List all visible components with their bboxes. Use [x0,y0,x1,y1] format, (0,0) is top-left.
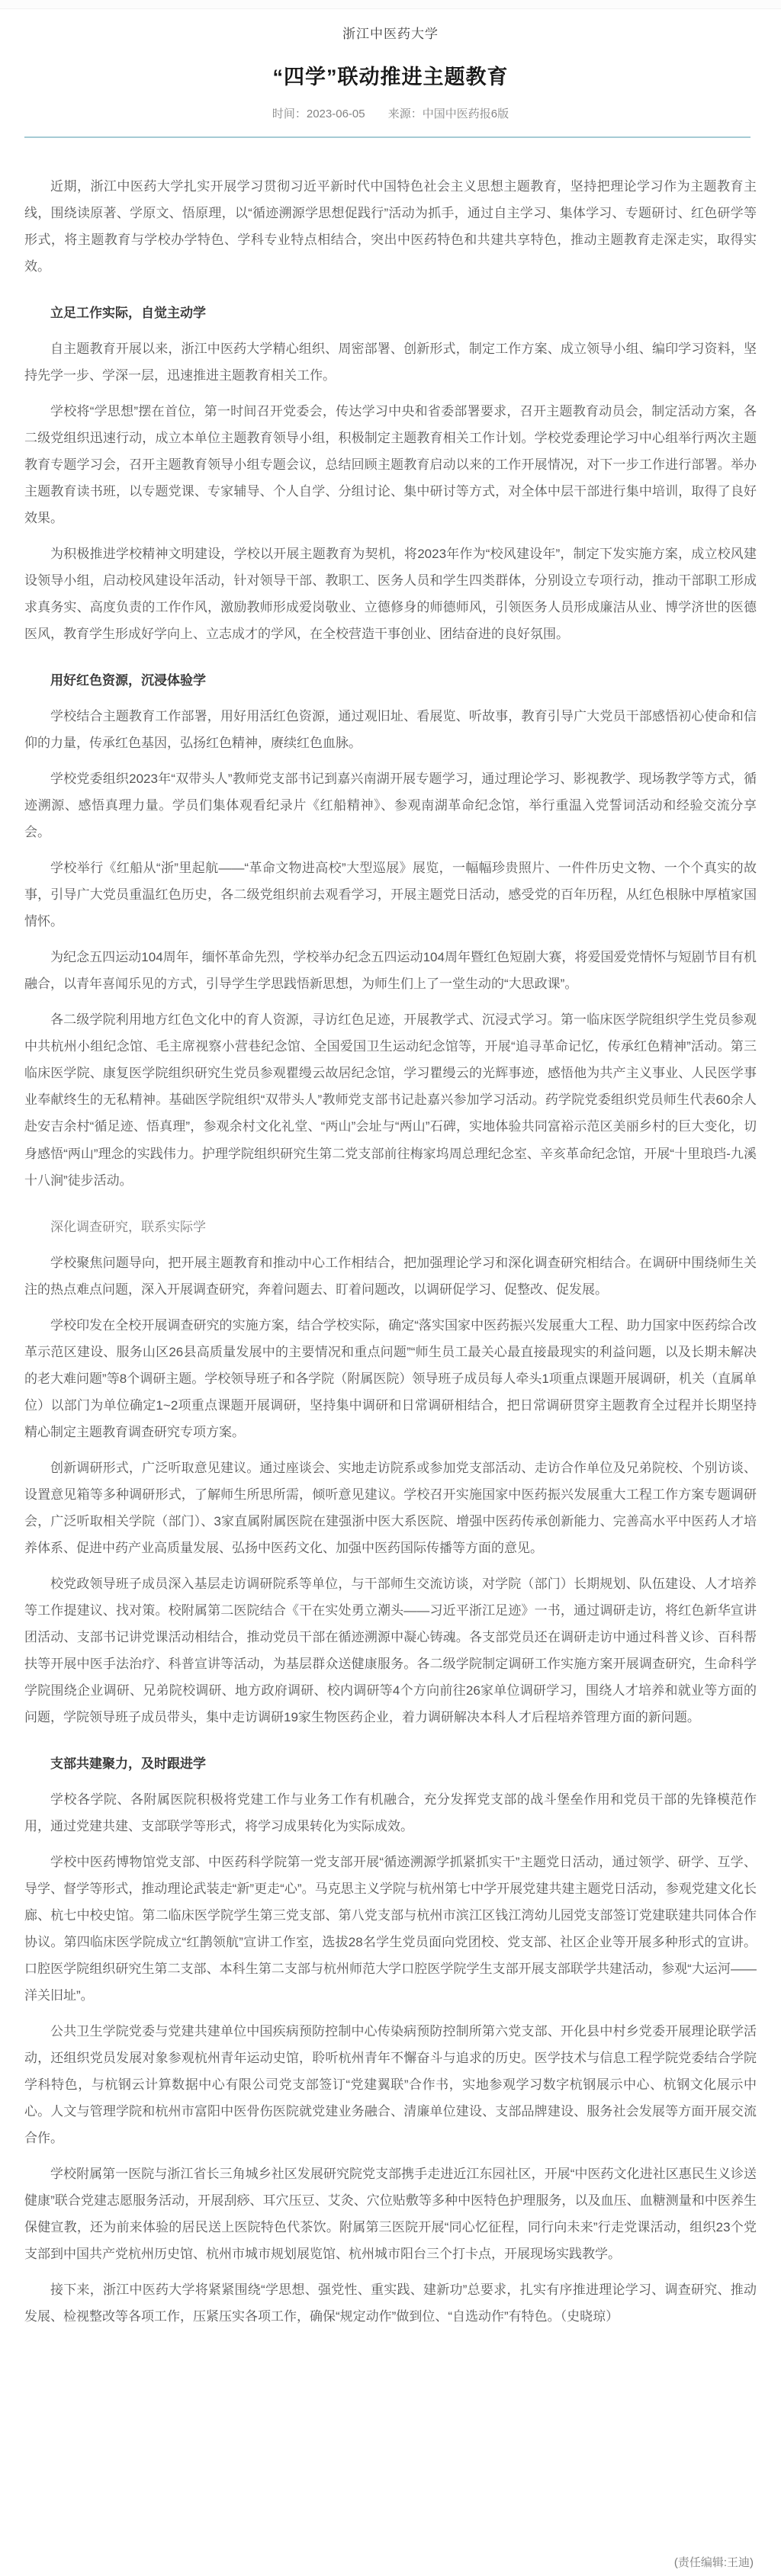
article-paragraph: 学校各学院、各附属医院积极将党建工作与业务工作有机融合，充分发挥党支部的战斗堡垒… [24,1786,757,1840]
section-heading: 深化调查研究，联系实际学 [24,1214,757,1240]
site-name: 浙江中医药大学 [0,23,781,42]
article-meta: 时间：2023-06-05 来源：中国中医药报6版 [0,105,781,121]
meta-source: 来源：中国中医药报6版 [388,105,509,121]
article-paragraph: 学校将“学思想”摆在首位，第一时间召开党委会，传达学习中央和省委部署要求，召开主… [24,398,757,531]
section-heading: 用好红色资源，沉浸体验学 [24,667,757,694]
meta-time: 时间：2023-06-05 [272,105,365,121]
section-heading: 立足工作实际，自觉主动学 [24,300,757,326]
article-paragraph: 各二级学院利用地方红色文化中的育人资源，寻访红色足迹，开展教学式、沉浸式学习。第… [24,1006,757,1193]
article-paragraph: 创新调研形式，广泛听取意见建议。通过座谈会、实地走访院系或参加党支部活动、走访合… [24,1455,757,1561]
article-paragraph: 学校附属第一医院与浙江省长三角城乡社区发展研究院党支部携手走进近江东园社区，开展… [24,2161,757,2267]
article-page: 浙江中医药大学 “四学”联动推进主题教育 时间：2023-06-05 来源：中国… [0,0,781,2576]
article-paragraph: 为积极推进学校精神文明建设，学校以开展主题教育为契机，将2023年作为“校风建设… [24,541,757,647]
article-paragraph: 自主题教育开展以来，浙江中医药大学精心组织、周密部署、创新形式，制定工作方案、成… [24,335,757,389]
section-heading: 支部共建聚力，及时跟进学 [24,1750,757,1777]
article-paragraph: 公共卫生学院党委与党建共建单位中国疾病预防控制中心传染病预防控制所第六党支部、开… [24,2018,757,2151]
top-strip [0,0,781,9]
article-paragraph: 学校举行《红船从“浙”里起航——“革命文物进高校”大型巡展》展览，一幅幅珍贵照片… [24,855,757,935]
article-paragraph: 近期，浙江中医药大学扎实开展学习贯彻习近平新时代中国特色社会主义思想主题教育，坚… [24,173,757,280]
article-paragraph: 为纪念五四运动104周年，缅怀革命先烈，学校举办纪念五四运动104周年暨红色短剧… [24,944,757,997]
article-paragraph: 校党政领导班子成员深入基层走访调研院系等单位，与干部师生交流访谈，对学院（部门）… [24,1570,757,1731]
article-paragraph: 学校印发在全校开展调查研究的实施方案，结合学校实际，确定“落实国家中医药振兴发展… [24,1312,757,1445]
article-paragraph: 学校结合主题教育工作部署，用好用活红色资源，通过观旧址、看展览、听故事，教育引导… [24,703,757,756]
article-paragraph: 学校中医药博物馆党支部、中医药科学院第一党支部开展“循迹溯源学抓紧抓实干”主题党… [24,1849,757,2009]
article-paragraph: 学校党委组织2023年“双带头人”教师党支部书记到嘉兴南湖开展专题学习，通过理论… [24,765,757,845]
article-paragraph: 接下来，浙江中医药大学将紧紧围绕“学思想、强党性、重实践、建新功”总要求，扎实有… [24,2276,757,2330]
article-body: 近期，浙江中医药大学扎实开展学习贯彻习近平新时代中国特色社会主义思想主题教育，坚… [0,138,781,2408]
article-paragraph: 学校聚焦问题导向，把开展主题教育和推动中心工作相结合，把加强理论学习和深化调查研… [24,1250,757,1303]
editor-note: (责任编辑:王迪) [674,2554,754,2570]
page-title: “四学”联动推进主题教育 [0,60,781,90]
